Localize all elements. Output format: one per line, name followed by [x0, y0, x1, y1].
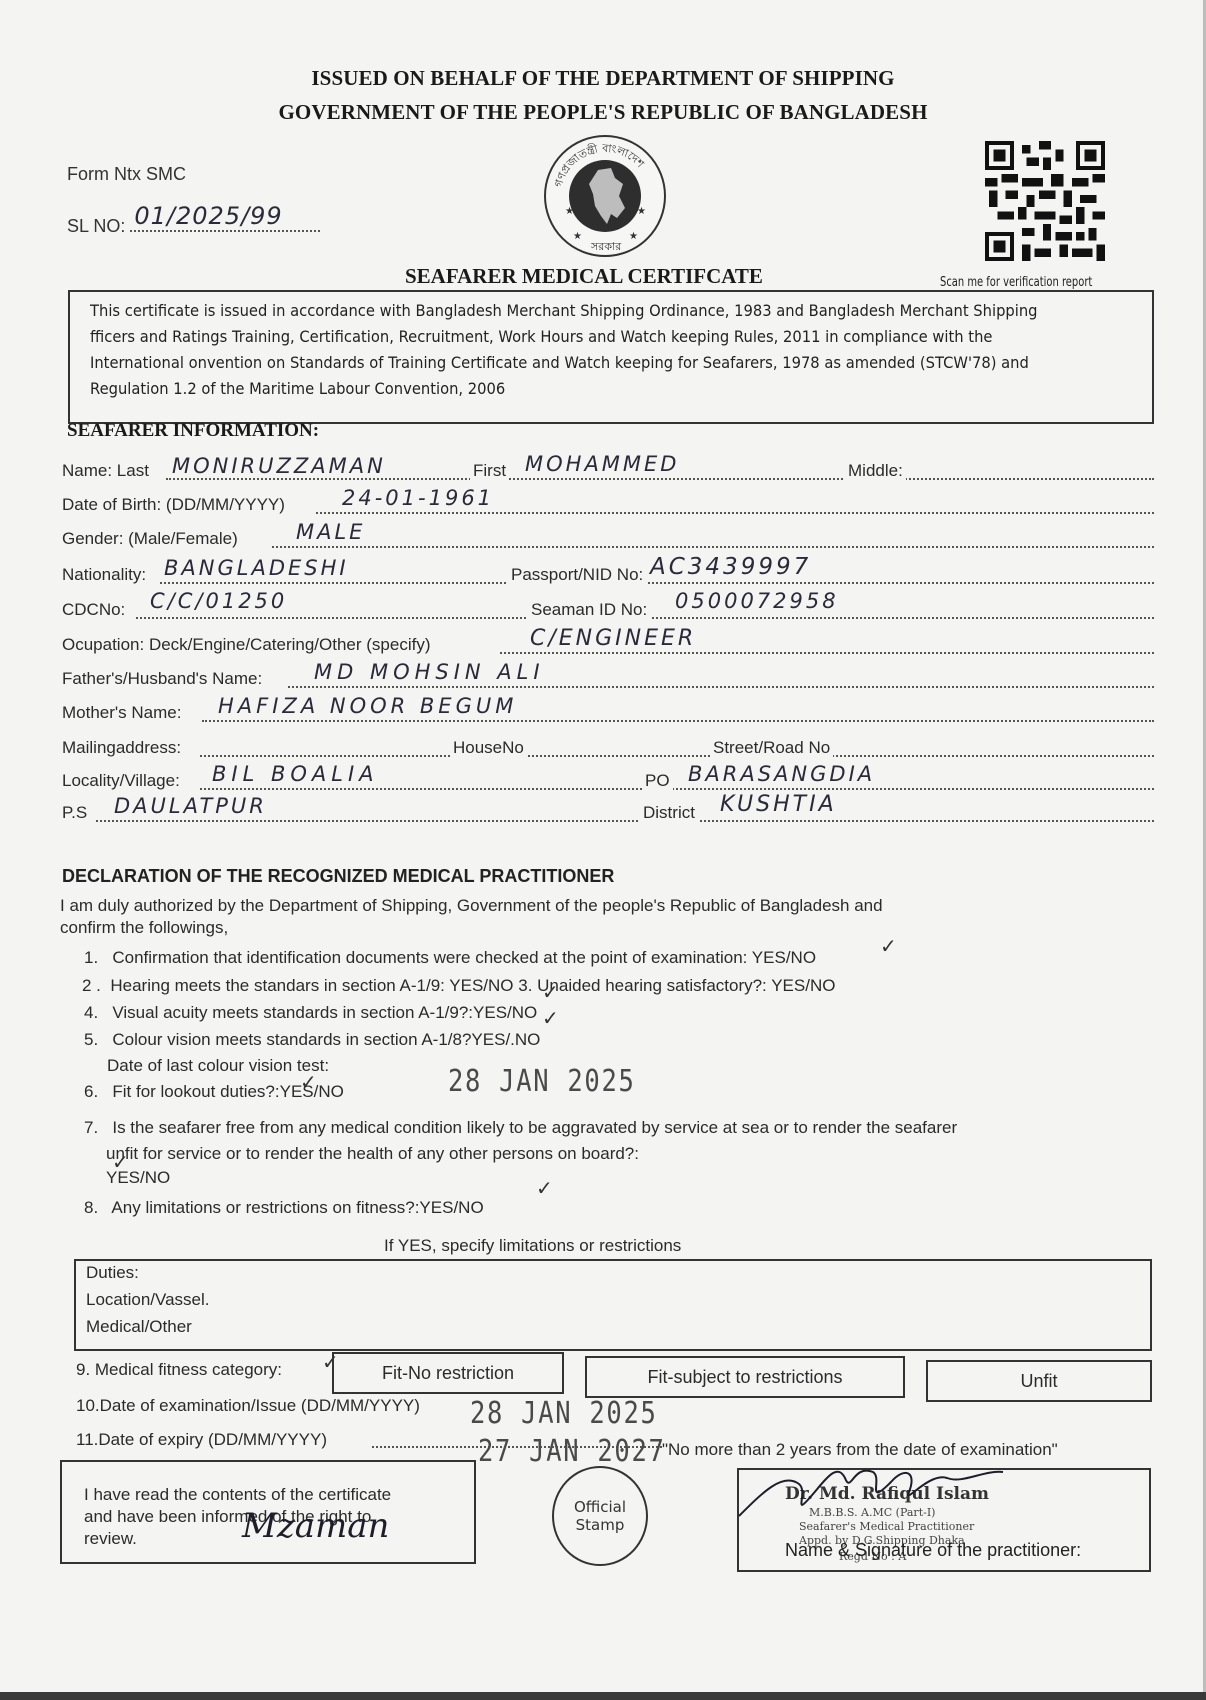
intro-line-1: This certificate is issued in accordance… — [90, 298, 1130, 324]
mother-value[interactable]: HAFIZA NOOR BEGUM — [218, 694, 517, 718]
colour-test-date-stamp: 28 JAN 2025 — [448, 1064, 636, 1099]
intro-line-2: fficers and Ratings Training, Certificat… — [90, 324, 1130, 350]
district-label: District — [640, 803, 698, 823]
mailing-row: Mailingaddress: HouseNo Street/Road No — [60, 735, 1154, 761]
gender-row: Gender: (Male/Female) MALE — [60, 526, 1154, 552]
mother-label: Mother's Name: — [62, 703, 181, 723]
check-mark-icon: ✓ — [880, 934, 897, 958]
svg-text:★: ★ — [573, 231, 582, 242]
sl-no-label: SL NO: — [67, 216, 125, 236]
ps-label: P.S — [62, 803, 87, 823]
svg-text:★: ★ — [565, 206, 574, 217]
cdc-value[interactable]: C/C/01250 — [150, 589, 287, 613]
mother-row: Mother's Name: HAFIZA NOOR BEGUM — [60, 700, 1154, 726]
check-mark-icon: ✓ — [112, 1150, 129, 1174]
occupation-row: Ocupation: Deck/Engine/Catering/Other (s… — [60, 632, 1154, 658]
name-first-label: First — [470, 461, 509, 481]
intro-line-4: Regulation 1.2 of the Maritime Labour Co… — [90, 376, 1130, 402]
locality-value[interactable]: BIL BOALIA — [212, 762, 379, 786]
passport-label: Passport/NID No: — [508, 565, 646, 585]
ps-value[interactable]: DAULATPUR — [114, 794, 267, 818]
declaration-intro-2: confirm the followings, — [60, 918, 228, 938]
limitations-heading: If YES, specify limitations or restricti… — [384, 1236, 681, 1256]
qr-code-icon[interactable] — [985, 140, 1105, 262]
fitness-option-fit-subject-to-restrictions[interactable]: Fit-subject to restrictions — [585, 1356, 905, 1398]
intro-line-3: International onvention on Standards of … — [90, 350, 1130, 376]
check-mark-icon: ✓ — [300, 1070, 317, 1094]
exam-date-label: 10.Date of examination/Issue (DD/MM/YYYY… — [76, 1396, 420, 1416]
declaration-item-4: 4. Visual acuity meets standards in sect… — [84, 1003, 537, 1023]
father-value[interactable]: MD MOHSIN ALI — [314, 660, 545, 684]
nationality-row: Nationality: BANGLADESHI Passport/NID No… — [60, 562, 1154, 588]
medical-other-label: Medical/Other — [86, 1317, 192, 1337]
svg-text:সরকার: সরকার — [590, 240, 622, 253]
district-value[interactable]: KUSHTIA — [720, 792, 837, 817]
street-label: Street/Road No — [710, 738, 833, 758]
qr-caption: Scan me for verification report — [940, 275, 1092, 290]
practitioner-box: Dr. Md. Rafiqul Islam M.B.B.S. A.MC (Par… — [737, 1468, 1151, 1572]
exam-date-stamp: 28 JAN 2025 — [470, 1396, 658, 1431]
seaman-id-value[interactable]: 0500072958 — [675, 589, 839, 613]
expiry-date-stamp: 27 JAN 2027 — [478, 1434, 666, 1469]
header-line-1: ISSUED ON BEHALF OF THE DEPARTMENT OF SH… — [0, 66, 1206, 91]
svg-text:★: ★ — [637, 206, 646, 217]
check-mark-icon: ✓ — [536, 1176, 553, 1200]
occupation-label: Ocupation: Deck/Engine/Catering/Other (s… — [62, 635, 431, 655]
father-row: Father's/Husband's Name: MD MOHSIN ALI — [60, 666, 1154, 692]
dob-label: Date of Birth: (DD/MM/YYYY) — [62, 495, 285, 515]
po-label: PO — [642, 771, 673, 791]
location-label: Location/Vassel. — [86, 1290, 209, 1310]
name-row: Name: Last MONIRUZZAMAN First MOHAMMED M… — [60, 458, 1154, 484]
declaration-item-7-cont: unfit for service or to render the healt… — [106, 1144, 639, 1164]
page-edge-bottom — [0, 1692, 1206, 1700]
seafarer-signature: Mzaman — [242, 1506, 389, 1546]
acknowledgement-box: I have read the contents of the certific… — [60, 1460, 476, 1564]
name-middle-label: Middle: — [845, 461, 906, 481]
cdc-row: CDCNo: C/C/01250 Seaman ID No: 050007295… — [60, 597, 1154, 623]
certificate-title: SEAFARER MEDICAL CERTIFCATE — [405, 264, 763, 289]
sl-no-value: 01/2025/99 — [134, 202, 282, 230]
sl-no-field: SL NO: 01/2025/99 — [67, 216, 320, 237]
declaration-heading: DECLARATION OF THE RECOGNIZED MEDICAL PR… — [62, 866, 614, 887]
ps-row: P.S DAULATPUR District KUSHTIA — [60, 800, 1154, 826]
expiry-date-label: 11.Date of expiry (DD/MM/YYYY) — [76, 1430, 327, 1450]
duties-label: Duties: — [86, 1263, 139, 1283]
government-emblem-icon: ★ ★ ★ ★ গণপ্রজাতন্ত্রী বাংলাদেশ সরকার — [543, 134, 667, 258]
intro-box: This certificate is issued in accordance… — [68, 290, 1154, 424]
official-stamp: Official Stamp — [552, 1466, 648, 1566]
locality-row: Locality/Village: BIL BOALIA PO BARASANG… — [60, 768, 1154, 794]
nationality-label: Nationality: — [62, 565, 146, 585]
check-mark-icon: ✓ — [542, 1006, 559, 1030]
fitness-option-fit-no-restriction[interactable]: Fit-No restriction — [332, 1352, 564, 1394]
po-value[interactable]: BARASANGDIA — [688, 762, 875, 786]
gender-value[interactable]: MALE — [296, 520, 365, 544]
declaration-item-7: 7. Is the seafarer free from any medical… — [84, 1118, 957, 1138]
seafarer-info-heading: SEAFARER INFORMATION: — [67, 420, 319, 442]
declaration-item-2: 2 . Hearing meets the standars in sectio… — [82, 976, 835, 996]
passport-value[interactable]: AC3439997 — [650, 554, 811, 580]
name-first-value[interactable]: MOHAMMED — [525, 452, 679, 476]
fitness-category-label: 9. Medical fitness category: — [76, 1360, 282, 1380]
practitioner-signature — [733, 1442, 1013, 1552]
dob-row: Date of Birth: (DD/MM/YYYY) 24-01-1961 — [60, 492, 1154, 518]
father-label: Father's/Husband's Name: — [62, 669, 262, 689]
declaration-intro-1: I am duly authorized by the Department o… — [60, 896, 883, 916]
check-mark-icon: ✓ — [542, 980, 559, 1004]
declaration-item-8: 8. Any limitations or restrictions on fi… — [84, 1198, 484, 1218]
nationality-value[interactable]: BANGLADESHI — [164, 556, 349, 580]
seaman-id-label: Seaman ID No: — [528, 600, 650, 620]
fitness-option-unfit[interactable]: Unfit — [926, 1360, 1152, 1402]
name-last-value[interactable]: MONIRUZZAMAN — [172, 454, 386, 478]
locality-label: Locality/Village: — [62, 771, 180, 791]
occupation-value[interactable]: C/ENGINEER — [530, 626, 696, 651]
form-code: Form Ntx SMC — [67, 164, 186, 185]
cdc-label: CDCNo: — [62, 600, 125, 620]
mailing-label: Mailingaddress: — [62, 738, 181, 758]
limitations-box: Duties: Location/Vassel. Medical/Other — [74, 1259, 1152, 1351]
declaration-item-1: 1. Confirmation that identification docu… — [84, 948, 816, 968]
name-last-label: Name: Last — [62, 461, 149, 481]
svg-text:★: ★ — [629, 231, 638, 242]
gender-label: Gender: (Male/Female) — [62, 529, 238, 549]
dob-value[interactable]: 24-01-1961 — [342, 486, 494, 510]
house-label: HouseNo — [450, 738, 527, 758]
header-line-2: GOVERNMENT OF THE PEOPLE'S REPUBLIC OF B… — [0, 100, 1206, 125]
colour-test-label: Date of last colour vision test: — [107, 1056, 329, 1076]
declaration-item-5: 5. Colour vision meets standards in sect… — [84, 1030, 540, 1050]
